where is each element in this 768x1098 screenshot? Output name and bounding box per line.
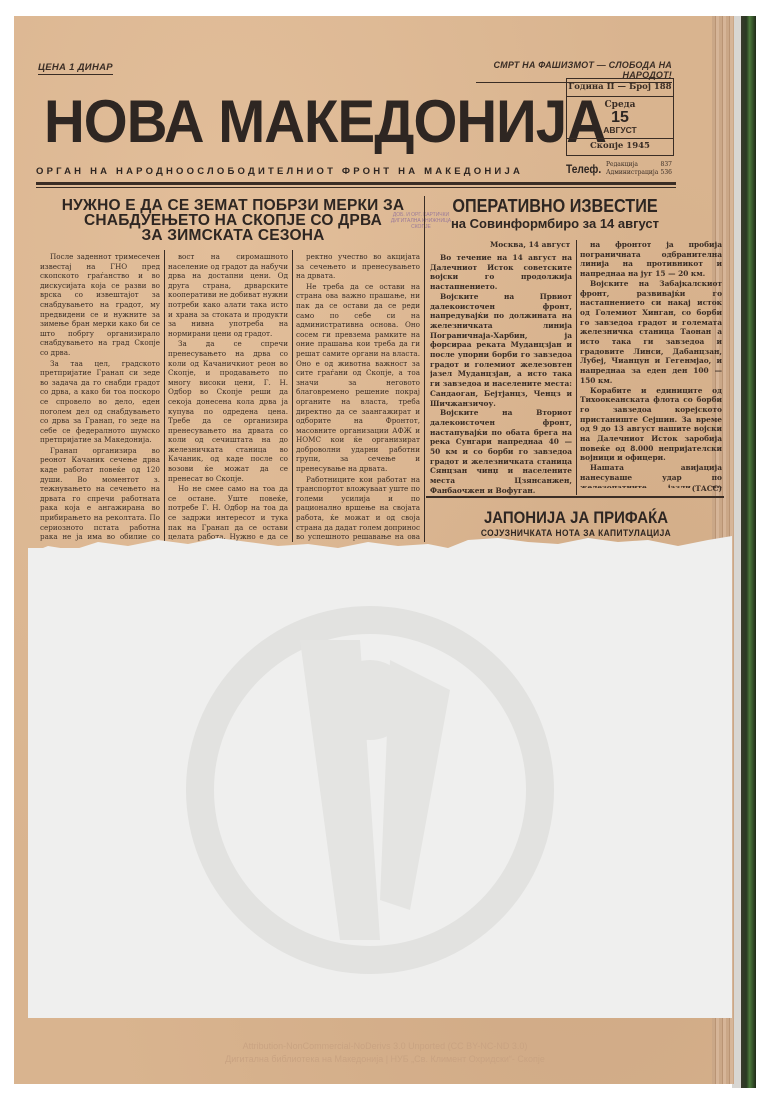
right-article-headline: ОПЕРАТИВНО ИЗВЕСТИЕ на Совинформбиро за … (430, 196, 680, 232)
left-article-col-1: После заденнот тримесечен известај на ГН… (40, 252, 160, 542)
headline-line: СНАБДУЕЊЕТО НА СКОПЈЕ СО ДРВА (48, 213, 418, 228)
paragraph: Не треба да се остави на страна ова важн… (296, 282, 420, 474)
month: АВГУСТ (567, 125, 673, 135)
column-divider (576, 240, 577, 495)
paragraph: За таа цел, градското претпријатие Грана… (40, 359, 160, 445)
headline-sub: на Совинформбиро за 14 август (430, 216, 680, 232)
day-number: 15 (567, 110, 673, 125)
masthead-subtitle: ОРГАН НА НАРОДНООСЛОБОДИТЕЛНИОТ ФРОНТ НА… (36, 166, 523, 177)
license-text: Attribution-NonCommercial-NoDerivs 3.0 U… (150, 1040, 620, 1053)
masthead-rule-thin (36, 187, 676, 188)
phone-editorial: Редакција 837 (606, 161, 672, 168)
right-article-col-2: на фронтот ја пробија пограничната одбра… (580, 240, 722, 488)
dateline: Москва, 14 август (490, 240, 570, 249)
tass-signature: (ТАСС) (580, 484, 722, 496)
paragraph: Војските на Првиот далекоисточен фронт, … (430, 292, 572, 408)
left-article-col-2: вост на сиромашното население од градот … (168, 252, 288, 542)
left-article-col-3: ректно учество во акцијата за сечењето и… (296, 252, 420, 542)
paragraph: Корабите и единиците од Тихоокеанската ф… (580, 386, 722, 464)
section-rule (426, 496, 724, 498)
headline-line: ЗА ЗИМСКАТА СЕЗОНА (48, 228, 418, 243)
phone-editorial-number: 837 (661, 161, 672, 168)
phone-admin: Администрација 536 (606, 169, 672, 176)
right-article-col-1: Во течение на 14 август на Далечниот Ист… (430, 253, 572, 495)
phone-label: Телеф. (566, 162, 601, 176)
phone-editorial-label: Редакција (606, 161, 638, 168)
binding-edge (740, 16, 756, 1088)
masthead-title: НОВА МАКЕДОНИЈА (44, 92, 606, 152)
price-label: ЦЕНА 1 ДИНАР (38, 62, 113, 75)
license-footer: Attribution-NonCommercial-NoDerivs 3.0 U… (150, 1040, 620, 1066)
library-credit: Дигитална библиотека на Македонија | НУБ… (150, 1053, 620, 1066)
left-article-headline: НУЖНО Е ДА СЕ ЗЕМАТ ПОБРЗИ МЕРКИ ЗА СНАБ… (48, 198, 418, 243)
column-divider (292, 250, 293, 542)
issue-number: Година II — Број 188 (567, 79, 673, 97)
column-divider (164, 250, 165, 542)
phone-admin-label: Администрација (606, 169, 658, 176)
paragraph: ректно учество во акцијата за сечењето и… (296, 252, 420, 281)
phone-info: Телеф. Редакција 837 Администрација 536 (566, 160, 676, 180)
paragraph: После заденнот тримесечен известај на ГН… (40, 252, 160, 358)
section-divider (424, 196, 425, 542)
paragraph: вост на сиромашното население од градот … (168, 252, 288, 338)
japan-headline: ЈАПОНИЈА ЈА ПРИФАЌА (444, 508, 708, 528)
issue-date-box: Година II — Број 188 Среда 15 АВГУСТ Ско… (566, 78, 674, 156)
paragraph: на фронтот ја пробија пограничната одбра… (580, 240, 722, 279)
paragraph: За да се спречи пренесувањето на дрва со… (168, 339, 288, 483)
headline-main: ОПЕРАТИВНО ИЗВЕСТИЕ (443, 196, 668, 216)
headline-line: НУЖНО Е ДА СЕ ЗЕМАТ ПОБРЗИ МЕРКИ ЗА (48, 198, 418, 213)
library-logo-watermark (150, 580, 590, 1000)
place-year: Скопје 1945 (567, 138, 673, 154)
phone-admin-number: 536 (661, 169, 672, 176)
paragraph: Војските на Забајкалскиот фронт, развива… (580, 279, 722, 386)
masthead-rule (36, 182, 676, 185)
paragraph: Гранап организира во реонот Качаник сече… (40, 446, 160, 542)
paragraph: Војските на Вториот далекоисточен фронт,… (430, 408, 572, 495)
paragraph: Во течение на 14 август на Далечниот Ист… (430, 253, 572, 292)
